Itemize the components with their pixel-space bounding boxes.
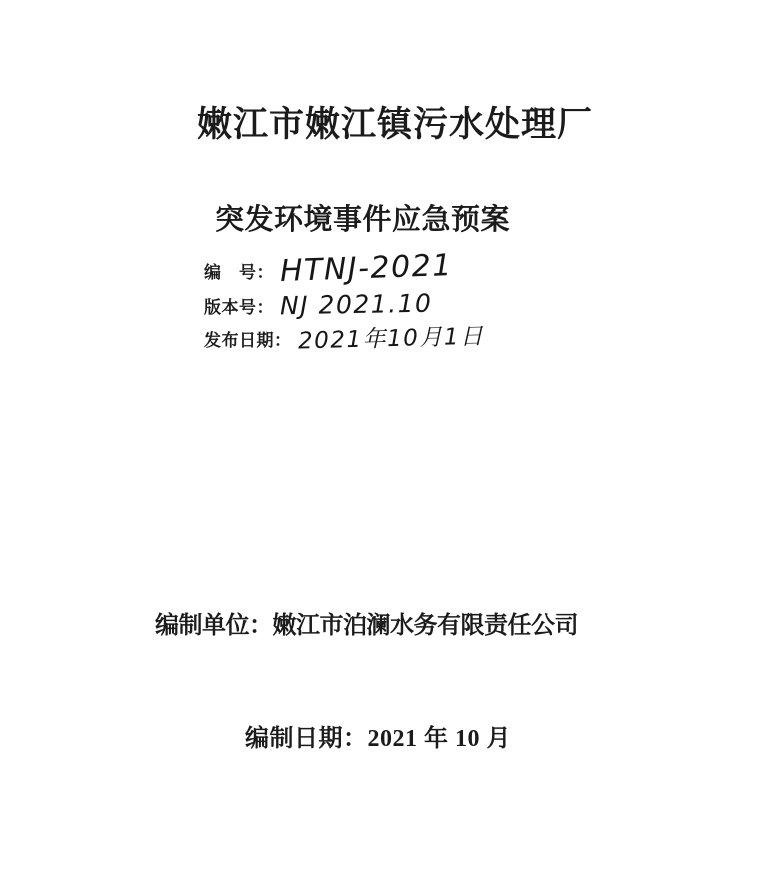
doc-number-label: 编 号： <box>204 258 274 283</box>
version-label: 版本号： <box>204 293 274 318</box>
release-date-handwritten-value: 2021年10月1日 <box>297 326 484 354</box>
doc-number-row: 编 号： HTNJ-2021 <box>204 254 453 284</box>
prepared-date-label: 编制日期： <box>245 726 368 752</box>
doc-number-handwritten-value: HTNJ-2021 <box>280 251 454 287</box>
release-date-label: 发布日期： <box>204 326 292 351</box>
release-date-row: 发布日期： 2021年10月1日 <box>204 326 484 351</box>
prepared-by-value: 嫩江市泊澜水务有限责任公司 <box>273 613 579 639</box>
version-row: 版本号： NJ 2021.10 <box>204 292 432 318</box>
document-page: 嫩江市嫩江镇污水处理厂 突发环境事件应急预案 编 号： HTNJ-2021 版本… <box>0 0 775 872</box>
prepared-by-line: 编制单位：嫩江市泊澜水务有限责任公司 <box>155 613 578 641</box>
prepared-date-line: 编制日期：2021 年 10 月 <box>245 726 511 754</box>
prepared-date-value: 2021 年 10 月 <box>368 726 512 752</box>
document-subtitle: 突发环境事件应急预案 <box>215 205 510 237</box>
document-title: 嫩江市嫩江镇污水处理厂 <box>197 106 593 145</box>
version-handwritten-value: NJ 2021.10 <box>280 291 433 319</box>
prepared-by-label: 编制单位： <box>155 613 273 639</box>
